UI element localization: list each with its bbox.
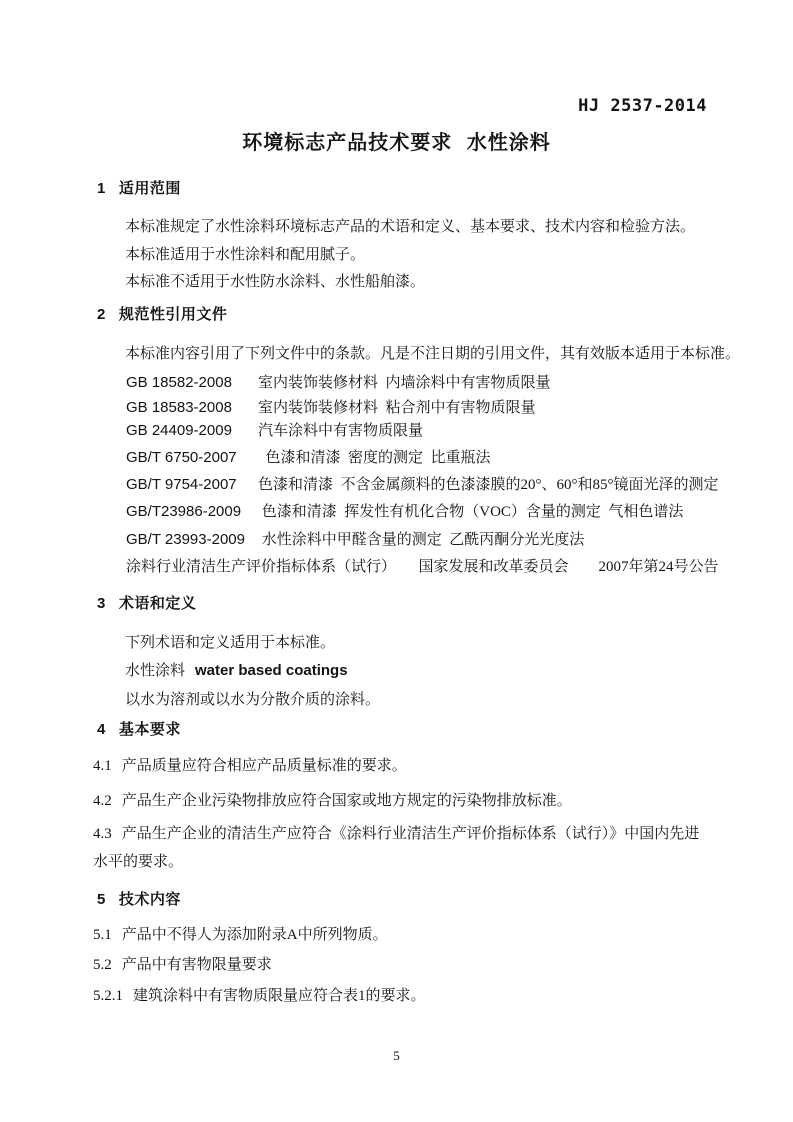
reference-announcement: 涂料行业清洁生产评价指标体系（试行） 国家发展和改革委员会 2007年第24号公… bbox=[126, 553, 719, 581]
paragraph: 本标准不适用于水性防水涂料、水性船舶漆。 bbox=[125, 268, 425, 296]
clause-text: 建筑涂料中有害物质限量应符合表1的要求。 bbox=[133, 988, 426, 1004]
clause-number: 4.2 bbox=[93, 793, 112, 809]
doc-title: 环境标志产品技术要求 水性涂料 bbox=[0, 126, 793, 155]
section-number: 2 bbox=[97, 306, 106, 323]
clause-number: 4.1 bbox=[93, 758, 112, 774]
section-title: 规范性引用文件 bbox=[119, 306, 228, 323]
section-title: 适用范围 bbox=[119, 180, 181, 197]
clause: 5.1产品中不得人为添加附录A中所列物质。 bbox=[93, 921, 713, 949]
section-title: 术语和定义 bbox=[119, 595, 197, 612]
clause-number: 5.2.1 bbox=[93, 988, 123, 1004]
section-number: 3 bbox=[97, 595, 106, 612]
clause-text: 产品中有害物限量要求 bbox=[122, 957, 272, 973]
reference-title: 室内装饰装修材料 内墙涂料中有害物质限量 bbox=[258, 375, 551, 391]
clause-text: 产品生产企业污染物排放应符合国家或地方规定的污染物排放标准。 bbox=[122, 793, 572, 809]
reference-code: GB 18582-2008 bbox=[126, 369, 258, 397]
page-number: 5 bbox=[0, 1048, 793, 1064]
clause-text: 产品质量应符合相应产品质量标准的要求。 bbox=[122, 758, 407, 774]
term-chinese: 水性涂料 bbox=[125, 663, 185, 679]
section-heading-3: 3术语和定义 bbox=[97, 592, 196, 613]
reference-title: 色漆和清漆 挥发性有机化合物（VOC）含量的测定 气相色谱法 bbox=[258, 504, 683, 520]
reference-title: 室内装饰装修材料 粘合剂中有害物质限量 bbox=[258, 400, 536, 416]
reference-code: GB/T23986-2009 bbox=[126, 498, 258, 526]
paragraph: 本标准规定了水性涂料环境标志产品的术语和定义、基本要求、技术内容和检验方法。 bbox=[125, 213, 695, 241]
reference-row: GB/T 9754-2007色漆和清漆 不含金属颜料的色漆漆膜的20°、60°和… bbox=[126, 471, 719, 499]
clause: 5.2产品中有害物限量要求 bbox=[93, 951, 713, 979]
reference-title: 色漆和清漆 不含金属颜料的色漆漆膜的20°、60°和85°镜面光泽的测定 bbox=[258, 477, 719, 493]
term-english: water based coatings bbox=[195, 662, 348, 679]
section-number: 1 bbox=[97, 180, 106, 197]
clause: 4.1产品质量应符合相应产品质量标准的要求。 bbox=[93, 752, 713, 780]
section-heading-2: 2规范性引用文件 bbox=[97, 303, 227, 324]
section-heading-1: 1适用范围 bbox=[97, 177, 181, 198]
reference-row: GB/T23986-2009 色漆和清漆 挥发性有机化合物（VOC）含量的测定 … bbox=[126, 498, 683, 526]
paragraph: 本标准适用于水性涂料和配用腻子。 bbox=[125, 241, 365, 269]
clause: 4.2产品生产企业污染物排放应符合国家或地方规定的污染物排放标准。 bbox=[93, 787, 713, 815]
clause-number: 5.2 bbox=[93, 957, 112, 973]
doc-number: HJ 2537-2014 bbox=[578, 96, 707, 116]
reference-code: GB/T 9754-2007 bbox=[126, 471, 258, 499]
reference-code: GB 24409-2009 bbox=[126, 417, 258, 445]
reference-row: GB/T 6750-2007 色漆和清漆 密度的测定 比重瓶法 bbox=[126, 444, 491, 472]
clause: 4.3产品生产企业的清洁生产应符合《涂料行业清洁生产评价指标体系（试行）》中国内… bbox=[93, 820, 713, 876]
reference-row: GB 18582-2008室内装饰装修材料 内墙涂料中有害物质限量 bbox=[126, 369, 551, 397]
reference-title: 水性涂料中甲醛含量的测定 乙酰丙酮分光光度法 bbox=[258, 532, 584, 548]
reference-title: 色漆和清漆 密度的测定 比重瓶法 bbox=[258, 450, 491, 466]
section-heading-4: 4基本要求 bbox=[97, 718, 181, 739]
section-title: 技术内容 bbox=[119, 891, 181, 908]
paragraph: 本标准内容引用了下列文件中的条款。凡是不注日期的引用文件，其有效版本适用于本标准… bbox=[125, 340, 740, 368]
paragraph: 下列术语和定义适用于本标准。 bbox=[125, 629, 335, 657]
term-definition: 以水为溶剂或以水为分散介质的涂料。 bbox=[125, 686, 380, 714]
term-line: 水性涂料water based coatings bbox=[125, 657, 348, 685]
section-heading-5: 5技术内容 bbox=[97, 888, 181, 909]
reference-row: GB 24409-2009汽车涂料中有害物质限量 bbox=[126, 417, 423, 445]
reference-code: GB/T 23993-2009 bbox=[126, 526, 258, 554]
section-title: 基本要求 bbox=[119, 721, 181, 738]
reference-code: GB/T 6750-2007 bbox=[126, 444, 258, 472]
clause-number: 4.3 bbox=[93, 826, 112, 842]
clause-text: 产品生产企业的清洁生产应符合《涂料行业清洁生产评价指标体系（试行）》中国内先进水… bbox=[93, 826, 699, 870]
clause: 5.2.1建筑涂料中有害物质限量应符合表1的要求。 bbox=[93, 982, 713, 1010]
reference-title: 汽车涂料中有害物质限量 bbox=[258, 423, 423, 439]
section-number: 5 bbox=[97, 891, 106, 908]
section-number: 4 bbox=[97, 721, 106, 738]
document-page: HJ 2537-2014 环境标志产品技术要求 水性涂料 1适用范围 本标准规定… bbox=[0, 0, 793, 1122]
clause-number: 5.1 bbox=[93, 927, 112, 943]
clause-text: 产品中不得人为添加附录A中所列物质。 bbox=[122, 927, 388, 943]
reference-row: GB/T 23993-2009 水性涂料中甲醛含量的测定 乙酰丙酮分光光度法 bbox=[126, 526, 584, 554]
